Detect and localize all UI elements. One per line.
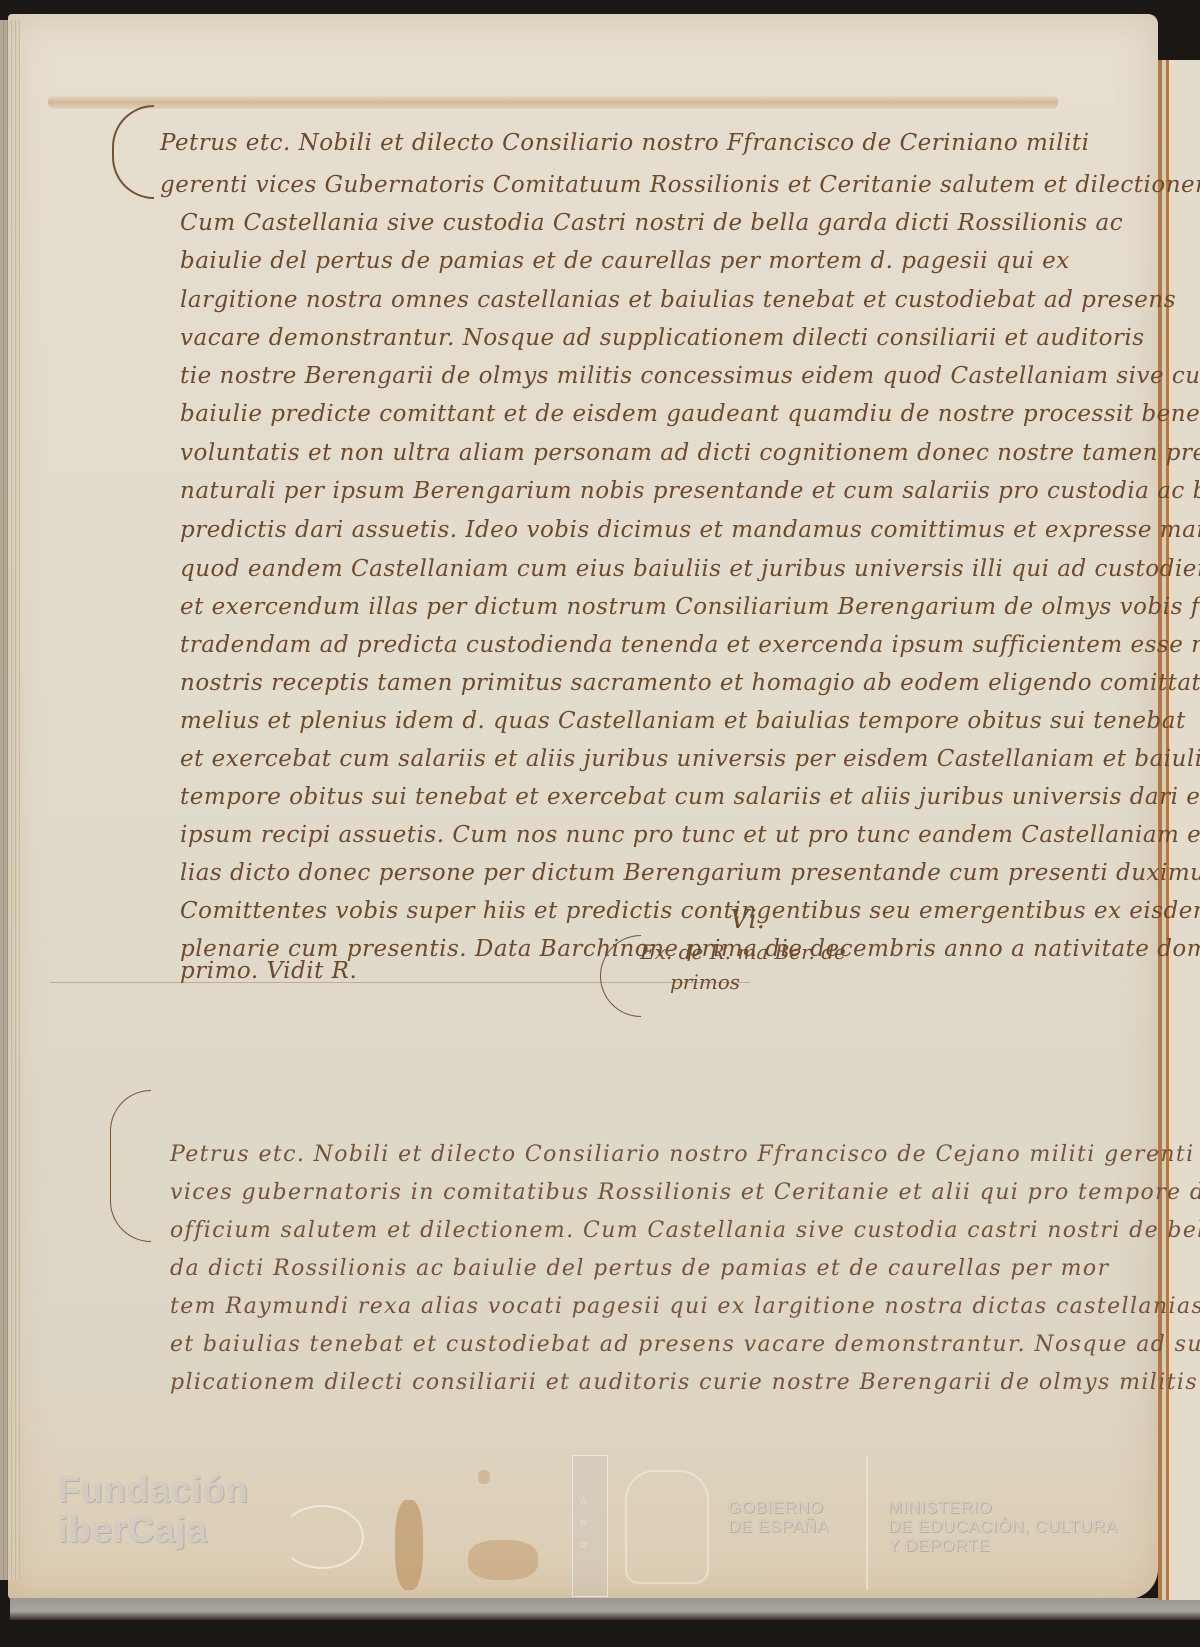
entry2-line: vices gubernatoris in comitatibus Rossil… xyxy=(170,1180,1200,1205)
entry1-line: quod eandem Castellaniam cum eius baiuli… xyxy=(180,556,1200,582)
star-icon: ☆ xyxy=(579,1518,588,1529)
entry1-line: nostris receptis tamen primitus sacramen… xyxy=(180,670,1200,696)
logo-text-line: MINISTERIO xyxy=(888,1498,1117,1517)
entry2-line: plicationem dilecti consiliarii et audit… xyxy=(170,1370,1198,1395)
spain-flag-bar-icon: ☆ ☆ ☆ xyxy=(572,1455,608,1597)
entry1-line: tempore obitus sui tenebat et exercebat … xyxy=(180,784,1200,810)
entry1-line: ipsum recipi assuetis. Cum nos nunc pro … xyxy=(180,822,1200,848)
entry2-bracket xyxy=(110,1090,151,1242)
entry1-line: tie nostre Berengarii de olmys militis c… xyxy=(180,363,1200,389)
page-edges-bottom xyxy=(10,1598,1200,1620)
signature-mark: Vi. xyxy=(730,905,765,935)
entry1-line: Cum Castellania sive custodia Castri nos… xyxy=(180,210,1123,236)
fundacion-ibercaja-logo: Fundación iberCaja xyxy=(58,1470,249,1550)
entry1-line: baiulie del pertus de pamias et de caure… xyxy=(180,248,1070,274)
entry1-line: naturali per ipsum Berengarium nobis pre… xyxy=(180,478,1200,504)
entry1-line: tradendam ad predicta custodienda tenend… xyxy=(180,632,1200,658)
entry1-line: largitione nostra omnes castellanias et … xyxy=(180,287,1176,313)
signature-line: primos xyxy=(670,970,740,994)
entry2-line: Petrus etc. Nobili et dilecto Consiliari… xyxy=(170,1142,1195,1167)
entry1-line: primo. Vidit R. xyxy=(180,958,357,984)
entry2-line: da dicti Rossilionis ac baiulie del pert… xyxy=(170,1256,1110,1281)
water-stain xyxy=(395,1500,423,1590)
entry1-line: lias dicto donec persone per dictum Bere… xyxy=(180,860,1200,886)
water-stain-top xyxy=(48,95,1058,109)
logo-text-line: DE ESPAÑA xyxy=(728,1517,829,1536)
logo-text-line: DE EDUCACIÓN, CULTURA xyxy=(888,1517,1117,1536)
page-edges-left xyxy=(0,20,20,1580)
entry1-line: voluntatis et non ultra aliam personam a… xyxy=(180,440,1200,466)
signature-flourish xyxy=(600,935,641,1017)
logo-text-line: Y DEPORTE xyxy=(888,1536,1117,1555)
entry1-line: et exercendum illas per dictum nostrum C… xyxy=(180,594,1200,620)
signature-line: Ex. de R. ma Ber. de xyxy=(640,940,846,964)
ministerio-logo: MINISTERIO DE EDUCACIÓN, CULTURA Y DEPOR… xyxy=(888,1498,1117,1555)
water-stain xyxy=(478,1470,490,1484)
logo-divider xyxy=(866,1455,868,1590)
logo-text-line: iberCaja xyxy=(58,1510,249,1550)
entry1-line: Petrus etc. Nobili et dilecto Consiliari… xyxy=(160,130,1089,156)
scribe-signature: Vi. Ex. de R. ma Ber. de primos xyxy=(600,915,900,1035)
entry2-line: officium salutem et dilectionem. Cum Cas… xyxy=(170,1218,1200,1243)
entry1-line: predictis dari assuetis. Ideo vobis dici… xyxy=(180,517,1200,543)
entry1-line: et exercebat cum salariis et aliis jurib… xyxy=(180,746,1200,772)
entry1-line: gerenti vices Gubernatoris Comitatuum Ro… xyxy=(160,172,1200,198)
entry2-line: et baiulias tenebat et custodiebat ad pr… xyxy=(170,1332,1200,1357)
ibercaja-swirl-icon xyxy=(280,1505,364,1569)
entry1-line: vacare demonstrantur. Nosque ad supplica… xyxy=(180,325,1145,351)
star-icon: ☆ xyxy=(579,1540,588,1551)
entry1-line: melius et plenius idem d. quas Castellan… xyxy=(180,708,1186,734)
entry1-line: baiulie predicte comittant et de eisdem … xyxy=(180,401,1200,427)
entry2-line: tem Raymundi rexa alias vocati pagesii q… xyxy=(170,1294,1200,1319)
water-stain xyxy=(468,1540,538,1580)
coat-of-arms-icon xyxy=(625,1470,709,1584)
star-icon: ☆ xyxy=(579,1496,588,1507)
gobierno-espana-logo: GOBIERNO DE ESPAÑA xyxy=(728,1498,829,1536)
logo-text-line: GOBIERNO xyxy=(728,1498,829,1517)
logo-text-line: Fundación xyxy=(58,1470,249,1510)
